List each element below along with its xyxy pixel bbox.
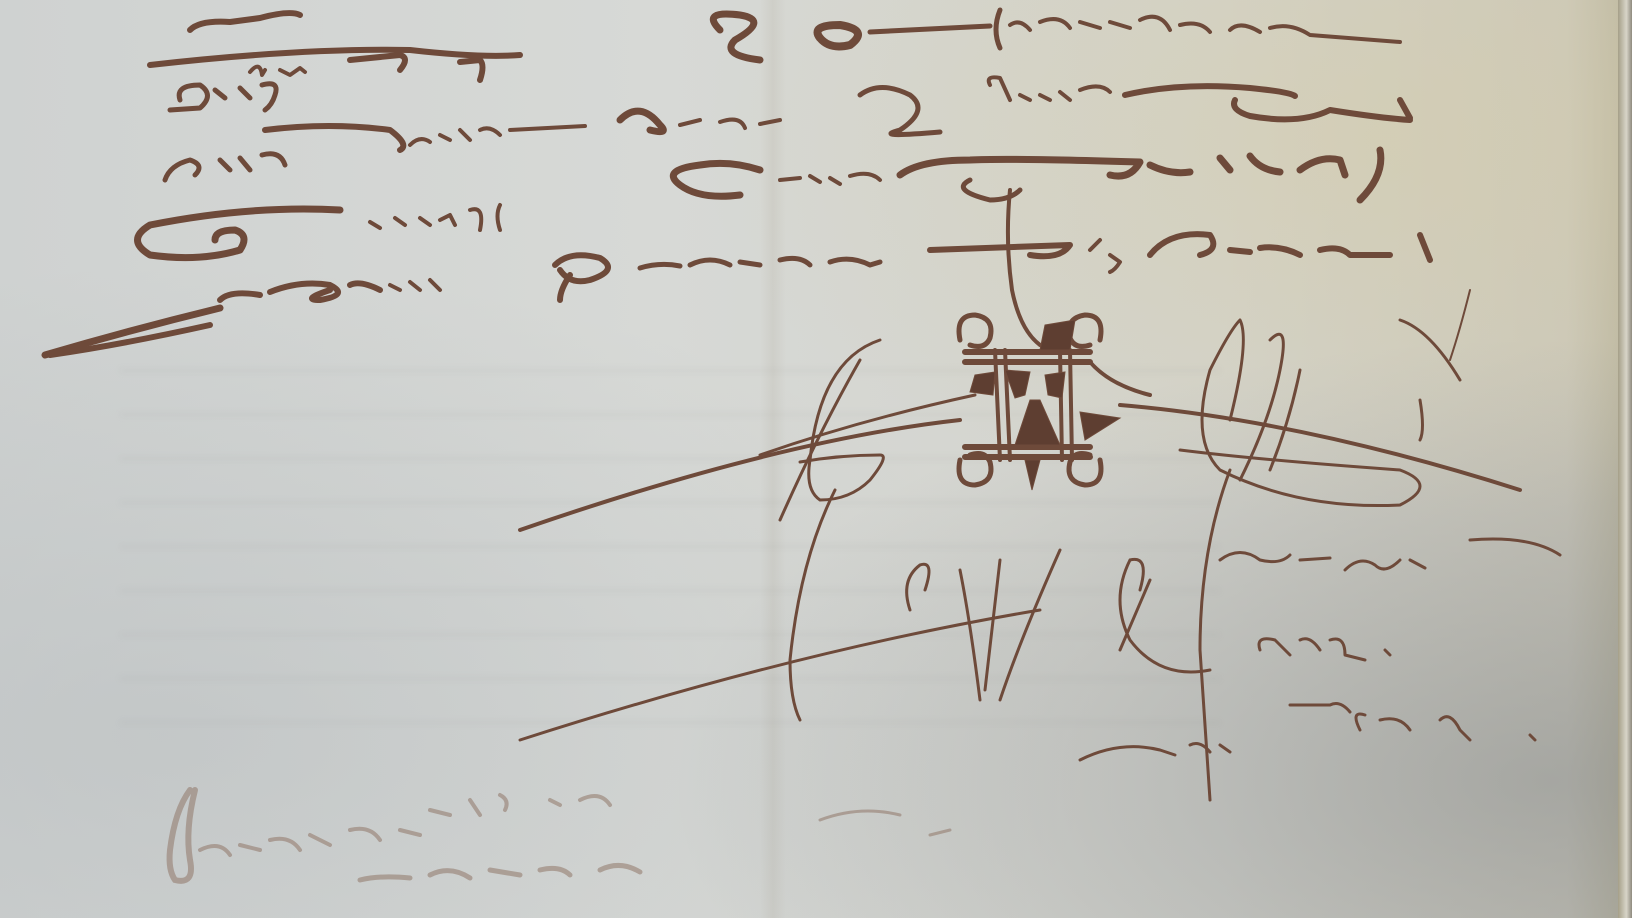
text-line-3 (165, 111, 1381, 200)
text-line-5 (45, 255, 880, 355)
manuscript-page: handwritten manuscript photograph early … (0, 0, 1632, 918)
signature-block (1080, 539, 1560, 760)
notarial-sign (959, 190, 1150, 490)
faint-bottom-text (170, 790, 950, 881)
text-line-4 (138, 205, 1431, 272)
handwriting-layer (0, 0, 1632, 918)
right-flourish (1120, 290, 1520, 800)
left-flourish (520, 340, 1060, 740)
